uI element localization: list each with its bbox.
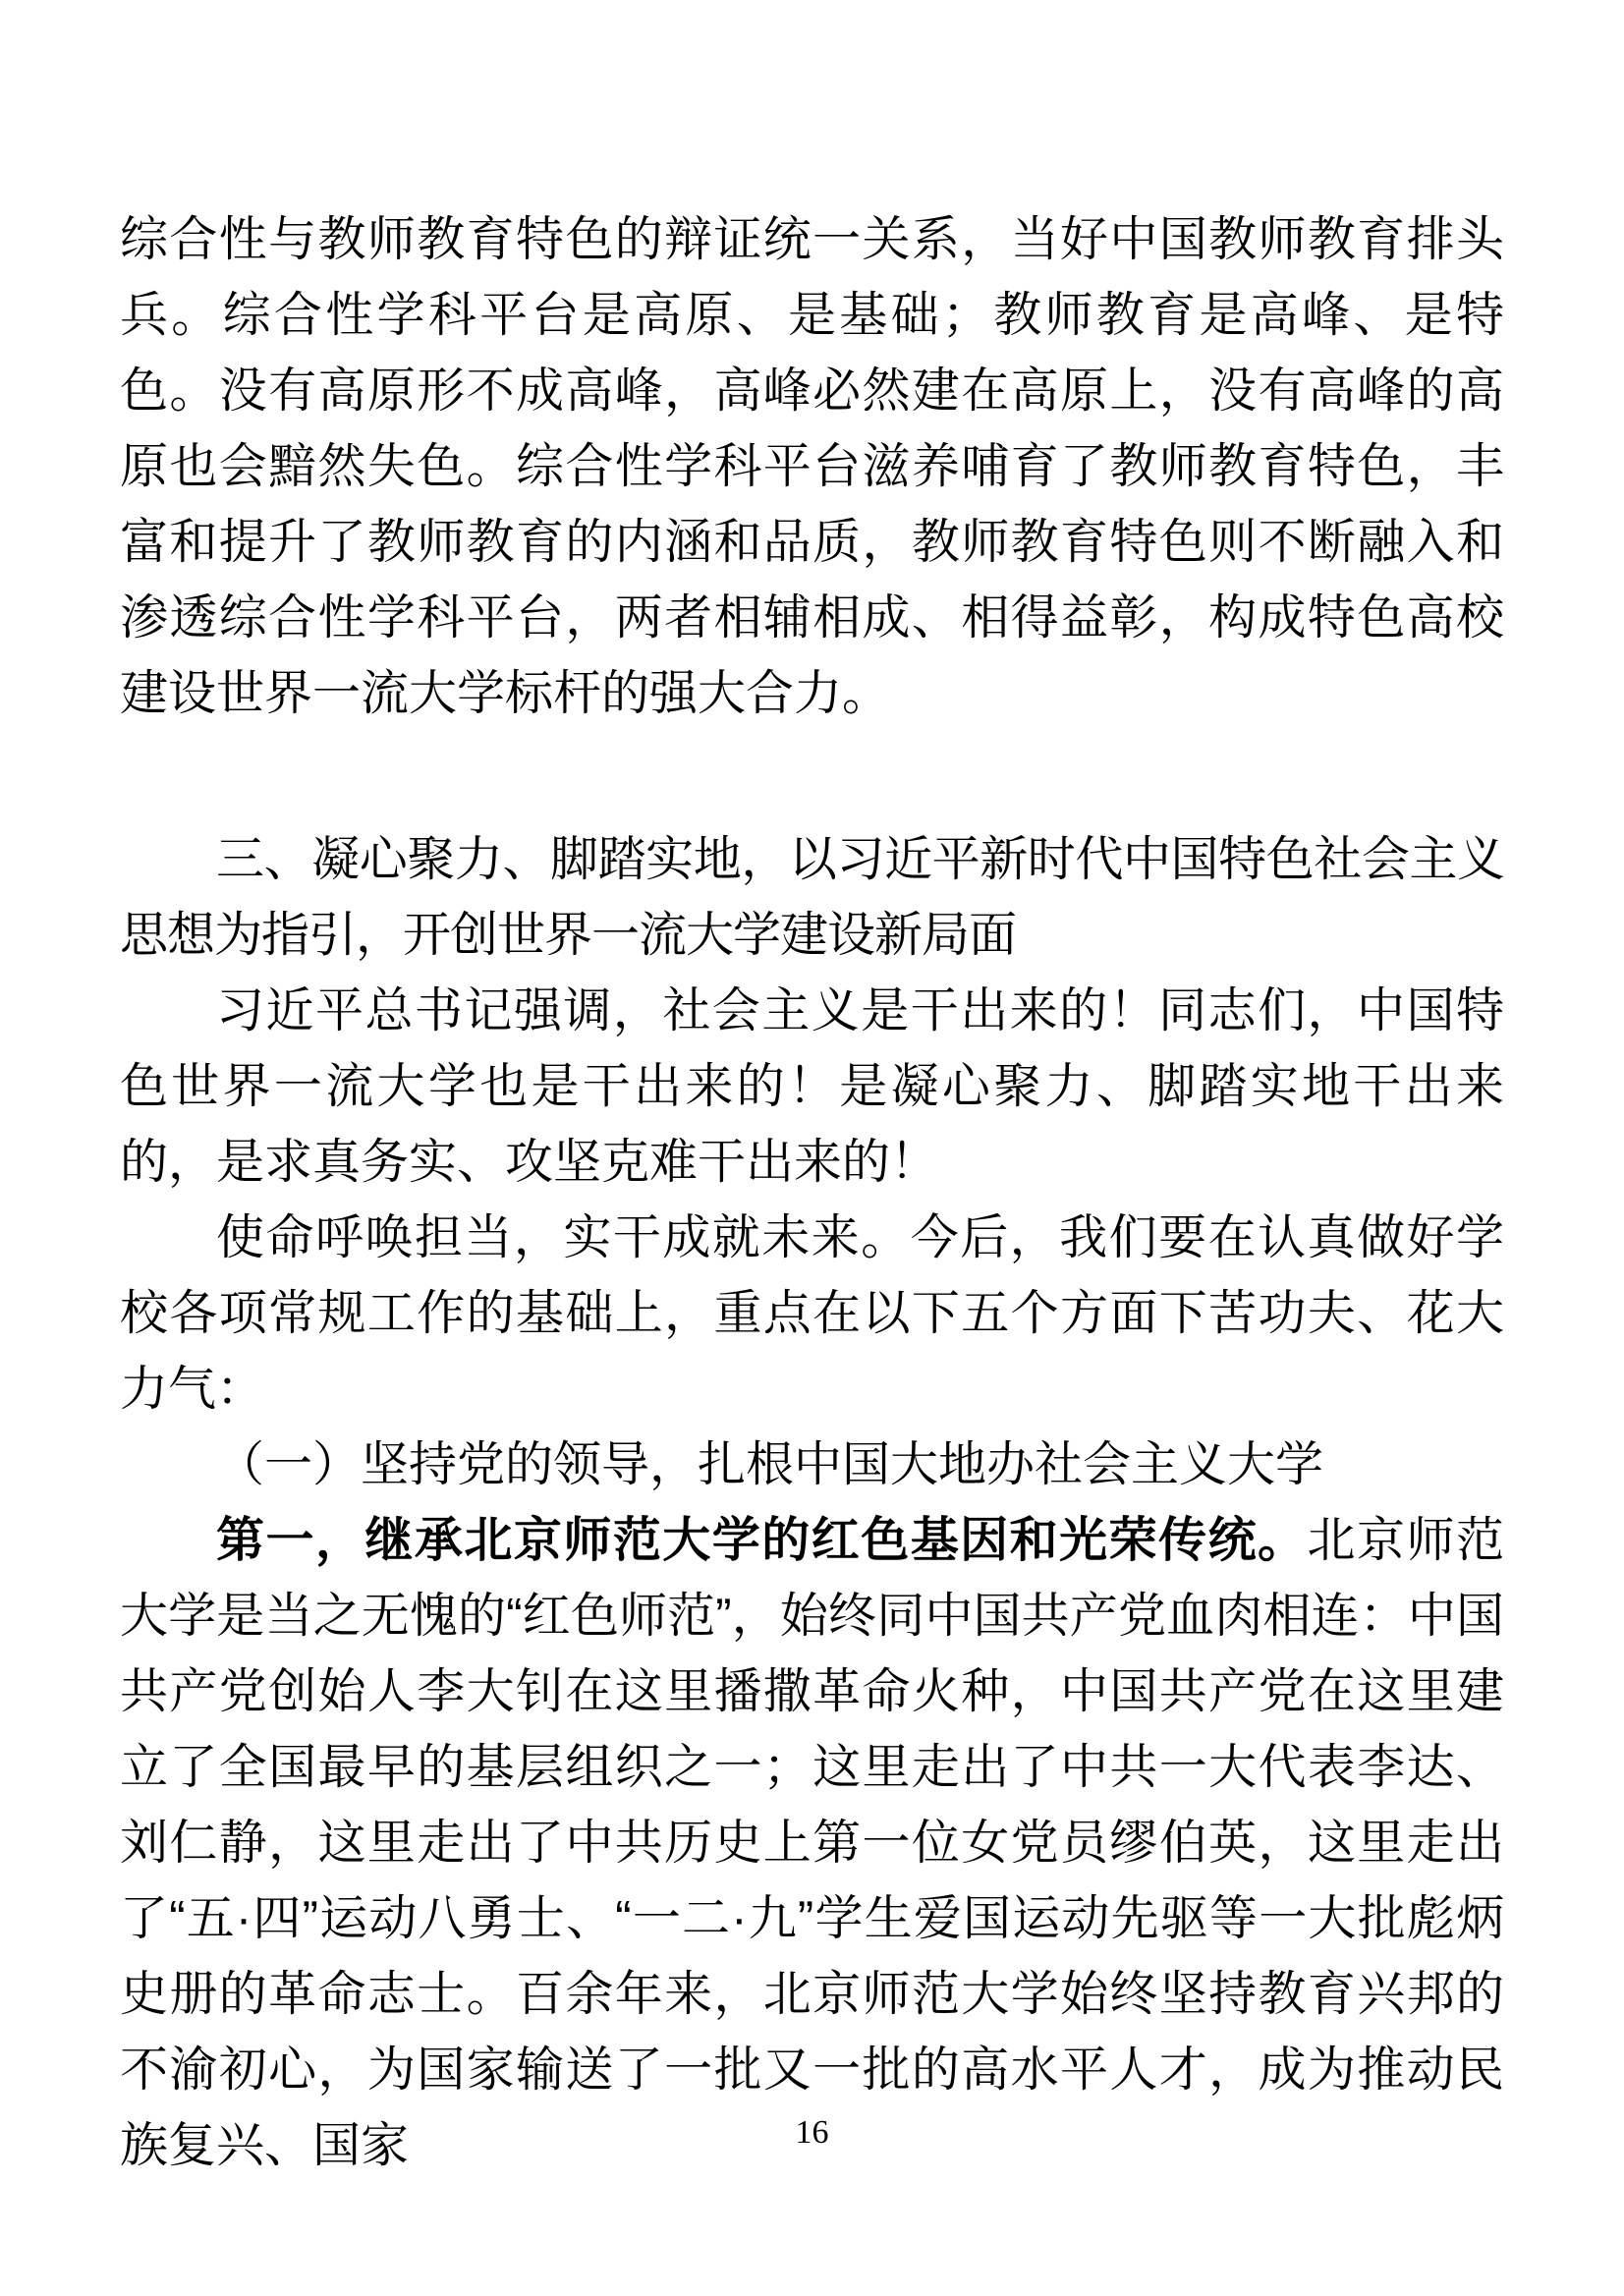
paragraph-continuation: 综合性与教师教育特色的辩证统一关系，当好中国教师教育排头兵。综合性学科平台是高原… [120, 202, 1504, 732]
page-number: 16 [0, 2114, 1624, 2152]
point-first-text: 北京师范大学是当之无愧的“红色师范”，始终同中国共产党血肉相连：中国共产党创始人… [120, 1514, 1504, 2172]
document-body: 综合性与教师教育特色的辩证统一关系，当好中国教师教育排头兵。综合性学科平台是高原… [120, 202, 1504, 2184]
paragraph-point-first: 第一，继承北京师范大学的红色基因和光荣传统。北京师范大学是当之无愧的“红色师范”… [120, 1503, 1504, 2184]
subsection-heading: （一）坚持党的领导，扎根中国大地办社会主义大学 [120, 1428, 1504, 1503]
paragraph-mission: 使命呼唤担当，实干成就未来。今后，我们要在认真做好学校各项常规工作的基础上，重点… [120, 1201, 1504, 1428]
section-heading: 三、凝心聚力、脚踏实地，以习近平新时代中国特色社会主义思想为指引，开创世界一流大… [120, 822, 1504, 974]
document-page: 综合性与教师教育特色的辩证统一关系，当好中国教师教育排头兵。综合性学科平台是高原… [0, 0, 1624, 2296]
point-first-emphasis: 第一，继承北京师范大学的红色基因和光荣传统。 [216, 1514, 1308, 1567]
paragraph-quote: 习近平总书记强调，社会主义是干出来的！同志们，中国特色世界一流大学也是干出来的！… [120, 974, 1504, 1201]
